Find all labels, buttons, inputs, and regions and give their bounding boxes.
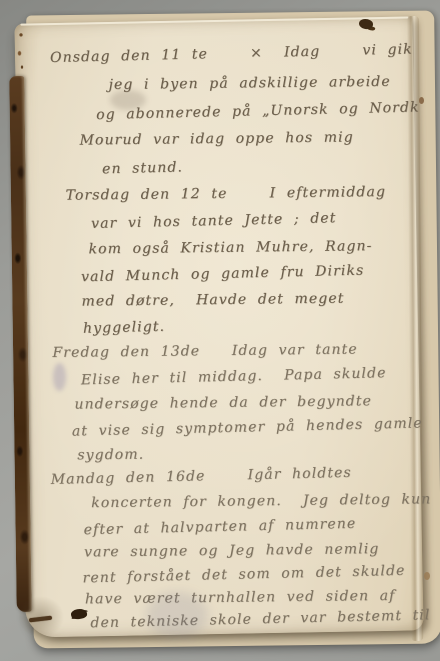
gray-smudge-stain [146,592,208,638]
corner-shadow [18,596,64,638]
binding-flecks [16,28,26,74]
purple-stain [53,363,66,391]
smudge-stain [110,90,146,110]
notebook-page [14,16,423,637]
edge-fleck [424,572,430,580]
diary-photo: Onsdag den 11 te × Idag vi gik jeg i bye… [0,0,440,661]
edge-fleck [419,97,424,104]
